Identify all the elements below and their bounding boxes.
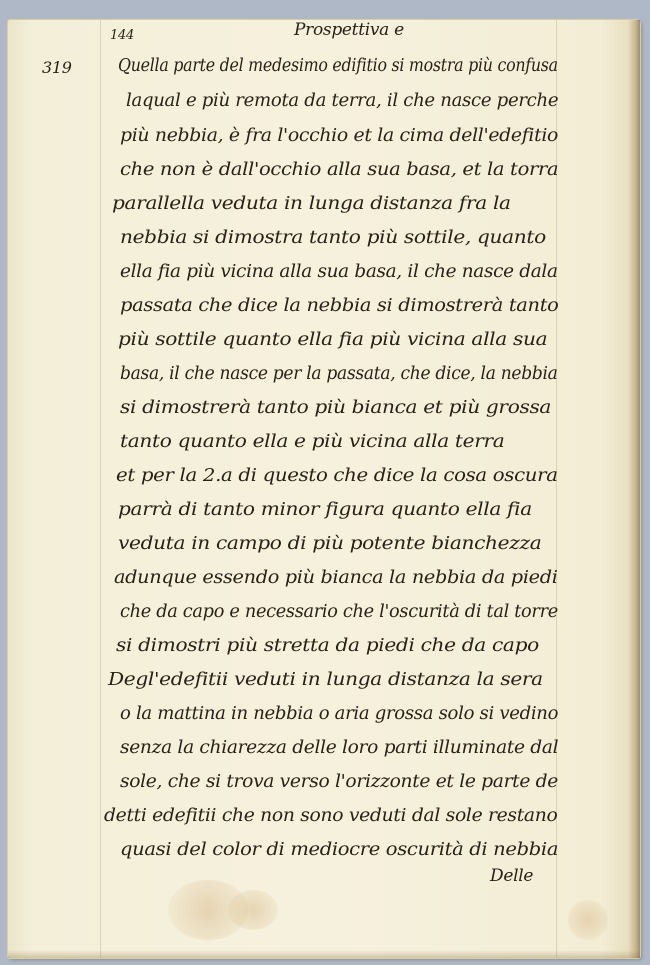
text-line: si dimostri più stretta da piedi che da … [116, 636, 539, 656]
text-line: passata che dice la nebbia si dimostrerà… [120, 296, 559, 316]
text-line: che non è dall'occhio alla sua basa, et … [120, 160, 558, 180]
text-line: che da capo e necessario che l'oscurità … [120, 602, 558, 622]
text-line: parrà di tanto minor figura quanto ella … [118, 500, 532, 520]
text-line: ella fia più vicina alla sua basa, il ch… [120, 262, 558, 282]
text-line: più sottile quanto ella fia più vicina a… [118, 330, 547, 350]
foxing-stain [228, 890, 278, 930]
text-line: adunque essendo più bianca la nebbia da … [114, 568, 558, 588]
text-line: più nebbia, è fra l'occhio et la cima de… [120, 126, 558, 146]
folio-number: 144 [110, 28, 134, 43]
text-line: sole, che si trova verso l'orizzonte et … [120, 772, 558, 792]
text-line: Quella parte del medesimo edifitio si mo… [118, 56, 558, 76]
text-line: o la mattina in nebbia o aria grossa sol… [120, 704, 558, 724]
page-edge [8, 950, 640, 958]
text-line: parallella veduta in lunga distanza fra … [112, 194, 511, 214]
text-line: basa, il che nasce per la passata, che d… [120, 364, 558, 384]
text-line: veduta in campo di più potente bianchezz… [118, 534, 541, 554]
text-line: quasi del color di mediocre oscurità di … [120, 840, 558, 860]
text-line: tanto quanto ella e più vicina alla terr… [120, 432, 504, 452]
manuscript-page: Prospettiva e 144 319 Quella parte del m… [8, 20, 640, 958]
header-title: Prospettiva e [294, 20, 404, 40]
text-line: laqual e più remota da terra, il che nas… [126, 91, 558, 111]
text-line: Degl'edefitii veduti in lunga distanza l… [108, 670, 543, 690]
text-line: nebbia si dimostra tanto più sottile, qu… [120, 228, 546, 248]
text-line: et per la 2.a di questo che dice la cosa… [116, 466, 558, 486]
margin-number: 319 [42, 58, 72, 77]
margin-rule-left [100, 20, 101, 958]
foxing-stain [568, 900, 608, 940]
catchword: Delle [490, 866, 533, 886]
text-line: senza la chiarezza delle loro parti illu… [120, 738, 558, 758]
page-edge [628, 20, 640, 958]
text-line: si dimostrerà tanto più bianca et più gr… [120, 398, 551, 418]
text-line: detti edefitii che non sono veduti dal s… [104, 806, 557, 826]
